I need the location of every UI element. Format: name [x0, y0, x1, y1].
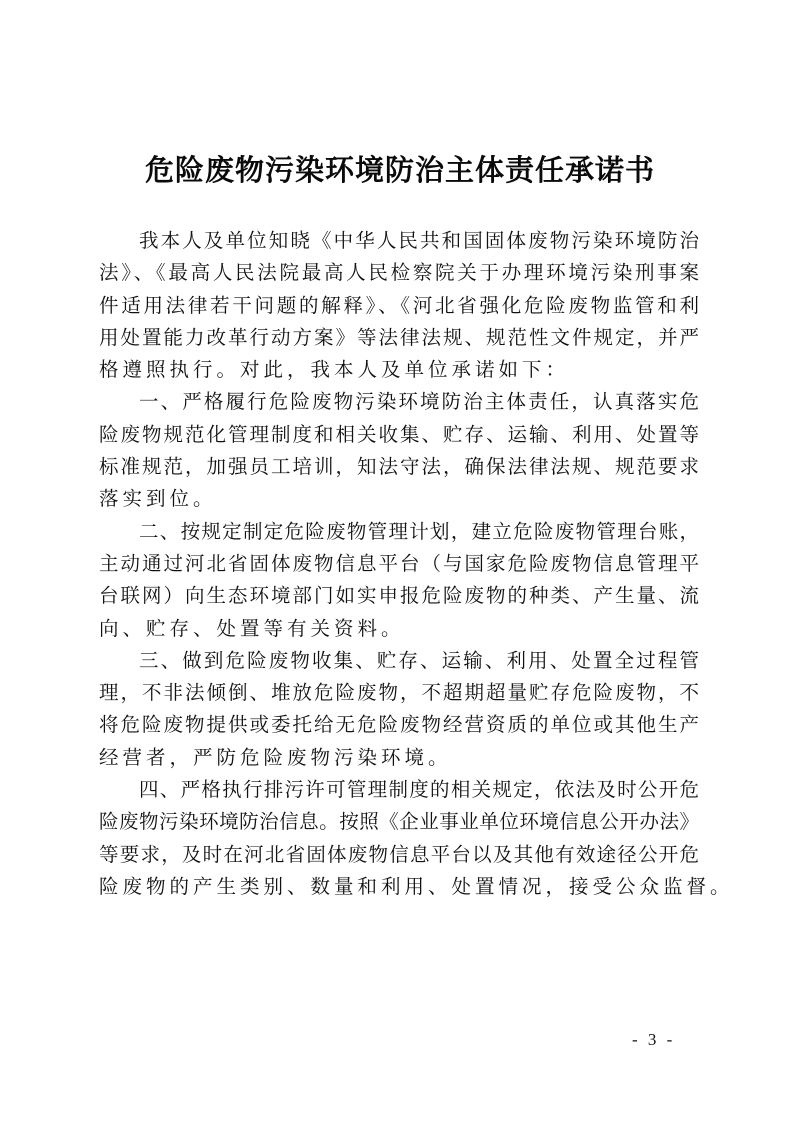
- text-line: 二、按规定制定危险废物管理计划，建立危险废物管理台账，: [99, 516, 699, 548]
- text-line: 一、严格履行危险废物污染环境防治主体责任，认真落实危: [99, 386, 699, 418]
- text-line: 落实到位。: [99, 483, 699, 515]
- text-line: 险废物规范化管理制度和相关收集、贮存、运输、利用、处置等: [99, 419, 699, 451]
- text-line: 用处置能力改革行动方案》等法律法规、规范性文件规定，并严: [99, 322, 699, 354]
- paragraph-preamble: 我本人及单位知晓《中华人民共和国固体废物污染环境防治 法》、《最高人民法院最高人…: [99, 225, 699, 386]
- text-line: 法》、《最高人民法院最高人民检察院关于办理环境污染刑事案: [99, 257, 699, 289]
- text-line: 经营者，严防危险废物污染环境。: [99, 742, 699, 774]
- text-line: 我本人及单位知晓《中华人民共和国固体废物污染环境防治: [99, 225, 699, 257]
- page-number: - 3 -: [632, 1030, 675, 1050]
- paragraph-item-4: 四、严格执行排污许可管理制度的相关规定，依法及时公开危 险废物污染环境防治信息。…: [99, 774, 699, 903]
- text-line: 三、做到危险废物收集、贮存、运输、利用、处置全过程管: [99, 645, 699, 677]
- text-line: 理，不非法倾倒、堆放危险废物，不超期超量贮存危险废物，不: [99, 677, 699, 709]
- document-title: 危险废物污染环境防治主体责任承诺书: [0, 148, 800, 189]
- text-line: 件适用法律若干问题的解释》、《河北省强化危险废物监管和利: [99, 290, 699, 322]
- document-body: 我本人及单位知晓《中华人民共和国固体废物污染环境防治 法》、《最高人民法院最高人…: [99, 225, 699, 903]
- text-line: 四、严格执行排污许可管理制度的相关规定，依法及时公开危: [99, 774, 699, 806]
- text-line: 将危险废物提供或委托给无危险废物经营资质的单位或其他生产: [99, 709, 699, 741]
- text-line: 等要求，及时在河北省固体废物信息平台以及其他有效途径公开危: [99, 839, 699, 871]
- text-line: 险废物的产生类别、数量和利用、处置情况，接受公众监督。: [99, 871, 699, 903]
- paragraph-item-1: 一、严格履行危险废物污染环境防治主体责任，认真落实危 险废物规范化管理制度和相关…: [99, 386, 699, 515]
- text-line: 险废物污染环境防治信息。按照《企业事业单位环境信息公开办法》: [99, 806, 699, 838]
- text-line: 格遵照执行。对此，我本人及单位承诺如下：: [99, 354, 699, 386]
- text-line: 向、贮存、处置等有关资料。: [99, 613, 699, 645]
- text-line: 主动通过河北省固体废物信息平台（与国家危险废物信息管理平: [99, 548, 699, 580]
- paragraph-item-2: 二、按规定制定危险废物管理计划，建立危险废物管理台账， 主动通过河北省固体废物信…: [99, 516, 699, 645]
- text-line: 台联网）向生态环境部门如实申报危险废物的种类、产生量、流: [99, 580, 699, 612]
- paragraph-item-3: 三、做到危险废物收集、贮存、运输、利用、处置全过程管 理，不非法倾倒、堆放危险废…: [99, 645, 699, 774]
- document-page: 危险废物污染环境防治主体责任承诺书 我本人及单位知晓《中华人民共和国固体废物污染…: [0, 0, 800, 1131]
- text-line: 标准规范，加强员工培训，知法守法，确保法律法规、规范要求: [99, 451, 699, 483]
